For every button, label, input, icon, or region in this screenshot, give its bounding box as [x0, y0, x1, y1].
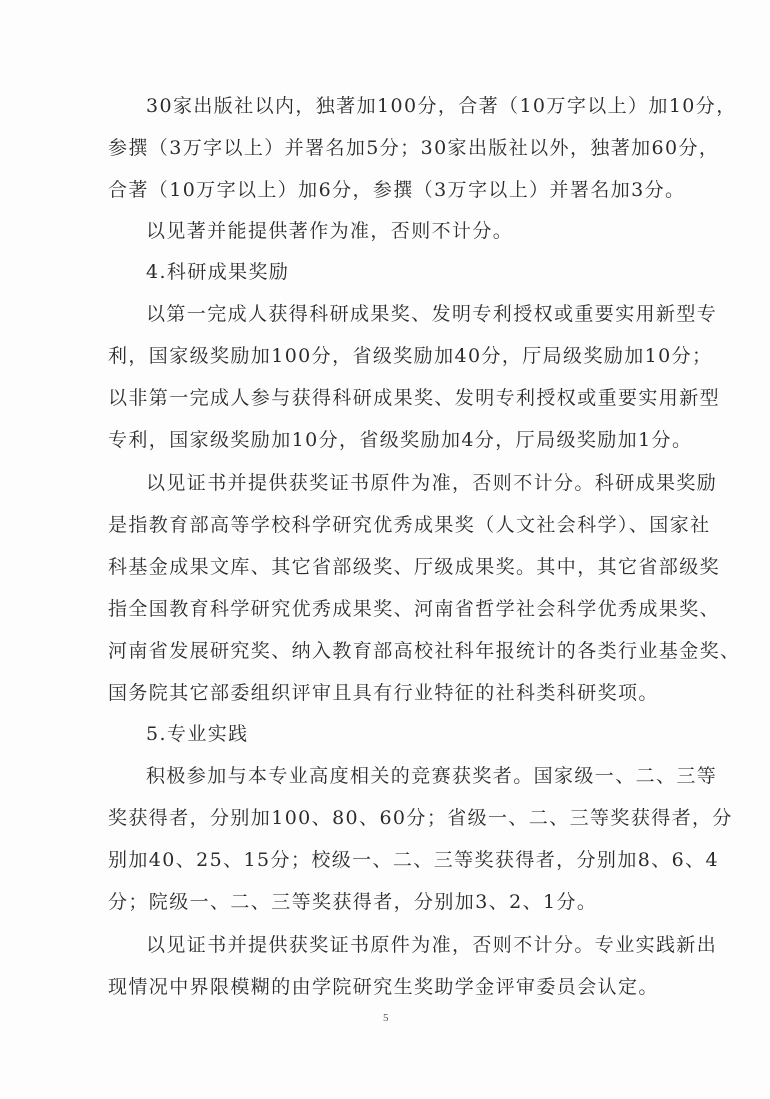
paragraph-line: 河南省发展研究奖、纳入教育部高校社科年报统计的各类行业基金奖、 — [108, 639, 740, 663]
paragraph-line: 科基金成果文库、其它省部级奖、厅级成果奖。其中，其它省部级奖 — [108, 555, 720, 579]
paragraph-line: 积极参加与本专业高度相关的竞赛获奖者。国家级一、二、三等 — [146, 764, 717, 788]
paragraph-line: 以见证书并提供获奖证书原件为准，否则不计分。科研成果奖励 — [146, 471, 717, 495]
section-heading: 4.科研成果奖励 — [146, 260, 289, 284]
paragraph-line: 以第一完成人获得科研成果奖、发明专利授权或重要实用新型专 — [146, 302, 717, 326]
paragraph-line: 国务院其它部委组织评审且具有行业特征的社科类科研奖项。 — [108, 681, 659, 705]
paragraph-line: 合著（10万字以上）加6分，参撰（3万字以上）并署名加3分。 — [108, 178, 685, 202]
paragraph-line: 现情况中界限模糊的由学院研究生奖助学金评审委员会认定。 — [108, 975, 659, 999]
paragraph-line: 30家出版社以内，独著加100分，合著（10万字以上）加10分， — [146, 94, 737, 118]
paragraph-line: 指全国教育科学研究优秀成果奖、河南省哲学社会科学优秀成果奖、 — [108, 597, 720, 621]
paragraph-line: 奖获得者，分别加100、80、60分；省级一、二、三等奖获得者，分 — [108, 806, 733, 830]
paragraph-line: 利，国家级奖励加100分，省级奖励加40分，厅局级奖励加10分； — [108, 344, 712, 368]
paragraph-line: 参撰（3万字以上）并署名加5分；30家出版社以外，独著加60分， — [108, 136, 719, 160]
paragraph-line: 分；院级一、二、三等奖获得者，分别加3、2、1分。 — [108, 890, 597, 914]
paragraph-line: 别加40、25、15分；校级一、二、三等奖获得者，分别加8、6、4 — [108, 848, 719, 872]
page-number: 5 — [383, 1012, 389, 1024]
paragraph-line: 以见证书并提供获奖证书原件为准，否则不计分。专业实践新出 — [146, 933, 717, 957]
paragraph-line: 以非第一完成人参与获得科研成果奖、发明专利授权或重要实用新型 — [108, 386, 720, 410]
document-page: 30家出版社以内，独著加100分，合著（10万字以上）加10分， 参撰（3万字以… — [0, 0, 770, 1099]
paragraph-line: 以见著并能提供著作为准，否则不计分。 — [146, 219, 513, 243]
section-heading: 5.专业实践 — [146, 722, 249, 746]
paragraph-line: 专利，国家级奖励加10分，省级奖励加4分，厅局级奖励加1分。 — [108, 428, 692, 452]
paragraph-line: 是指教育部高等学校科学研究优秀成果奖（人文社会科学）、国家社 — [108, 513, 711, 537]
